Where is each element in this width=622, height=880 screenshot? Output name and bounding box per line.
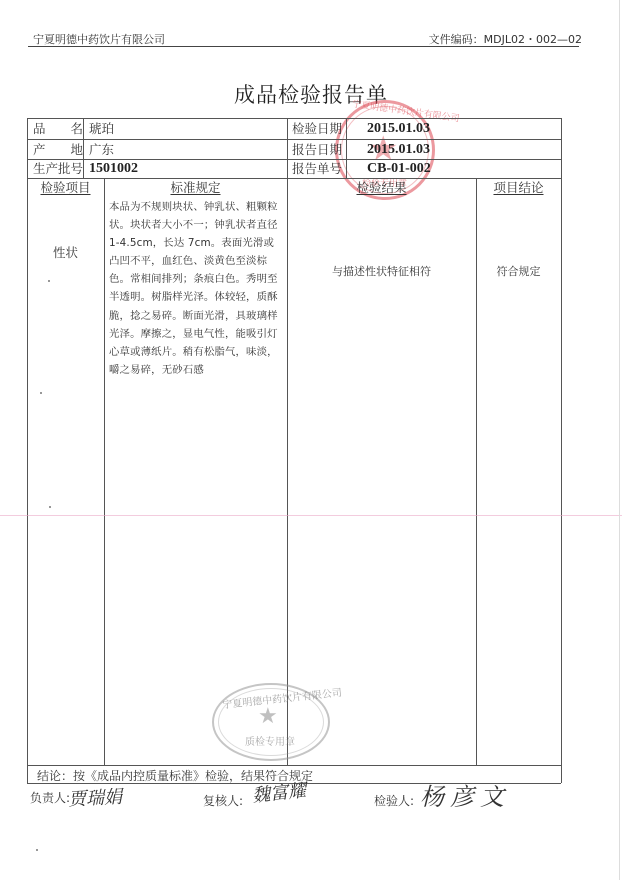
row-result: 与描述性状特征相符 <box>287 262 476 281</box>
column-header-item: 检验项目 <box>27 178 104 197</box>
inspector-signature: 杨彦文 <box>420 777 510 812</box>
scan-dot <box>40 392 42 394</box>
product-name-value: 琥珀 <box>89 119 114 138</box>
grey-seal-subtext: 质检专用章 <box>245 733 295 748</box>
scan-artifact-line <box>0 515 622 516</box>
reviewer-signature: 魏富耀 <box>251 776 307 808</box>
table-line <box>346 118 347 178</box>
label-char: 名 <box>70 119 83 138</box>
document-code-label: 文件编码： <box>429 33 484 46</box>
table-line <box>287 118 288 765</box>
label-char: 产 <box>33 140 46 159</box>
label-char: 地 <box>70 140 83 159</box>
report-date-value: 2015.01.03 <box>367 140 430 159</box>
scan-dot <box>49 506 51 508</box>
company-name: 宁夏明德中药饮片有限公司 <box>33 31 165 47</box>
table-border-right <box>561 118 562 783</box>
reviewer-label: 复核人: <box>203 792 243 809</box>
scan-dot <box>36 849 38 851</box>
table-line <box>104 178 105 765</box>
document-code: 文件编码：MDJL02・002—02 <box>429 31 582 47</box>
product-name-label: 品名 <box>33 119 83 138</box>
document-code-value: MDJL02・002—02 <box>484 33 582 46</box>
inspect-date-label: 检验日期 <box>292 119 342 138</box>
report-title: 成品检验报告单 <box>0 79 622 109</box>
report-no-label: 报告单号 <box>292 159 342 178</box>
header-rule <box>28 46 579 47</box>
responsible-label: 负责人: <box>30 789 70 806</box>
row-conclusion: 符合规定 <box>476 262 561 281</box>
column-header-result: 检验结果 <box>287 178 476 197</box>
batch-label: 生产批号 <box>33 159 83 178</box>
table-line <box>83 118 84 178</box>
row-item: 性状 <box>27 243 104 262</box>
report-date-label: 报告日期 <box>292 140 342 159</box>
table-line <box>27 765 561 766</box>
column-header-standard: 标准规定 <box>104 178 287 197</box>
report-no-value: CB-01-002 <box>367 159 431 178</box>
responsible-signature: 贾瑞娟 <box>67 783 122 812</box>
origin-value: 广东 <box>89 140 114 159</box>
inspect-date-value: 2015.01.03 <box>367 119 430 138</box>
row-standard: 本品为不规则块状、钟乳状、粗颗粒状。块状者大小不一；钟乳状者直径1-4.5cm，… <box>109 198 284 379</box>
table-border-left <box>27 118 28 783</box>
scan-dot <box>48 280 50 282</box>
inspector-label: 检验人: <box>374 792 414 809</box>
label-char: 品 <box>33 119 46 138</box>
column-header-conclusion: 项目结论 <box>476 178 561 197</box>
grey-seal-star-icon: ★ <box>258 704 278 729</box>
page-edge <box>619 0 620 880</box>
batch-value: 1501002 <box>89 159 138 178</box>
origin-label: 产地 <box>33 140 83 159</box>
